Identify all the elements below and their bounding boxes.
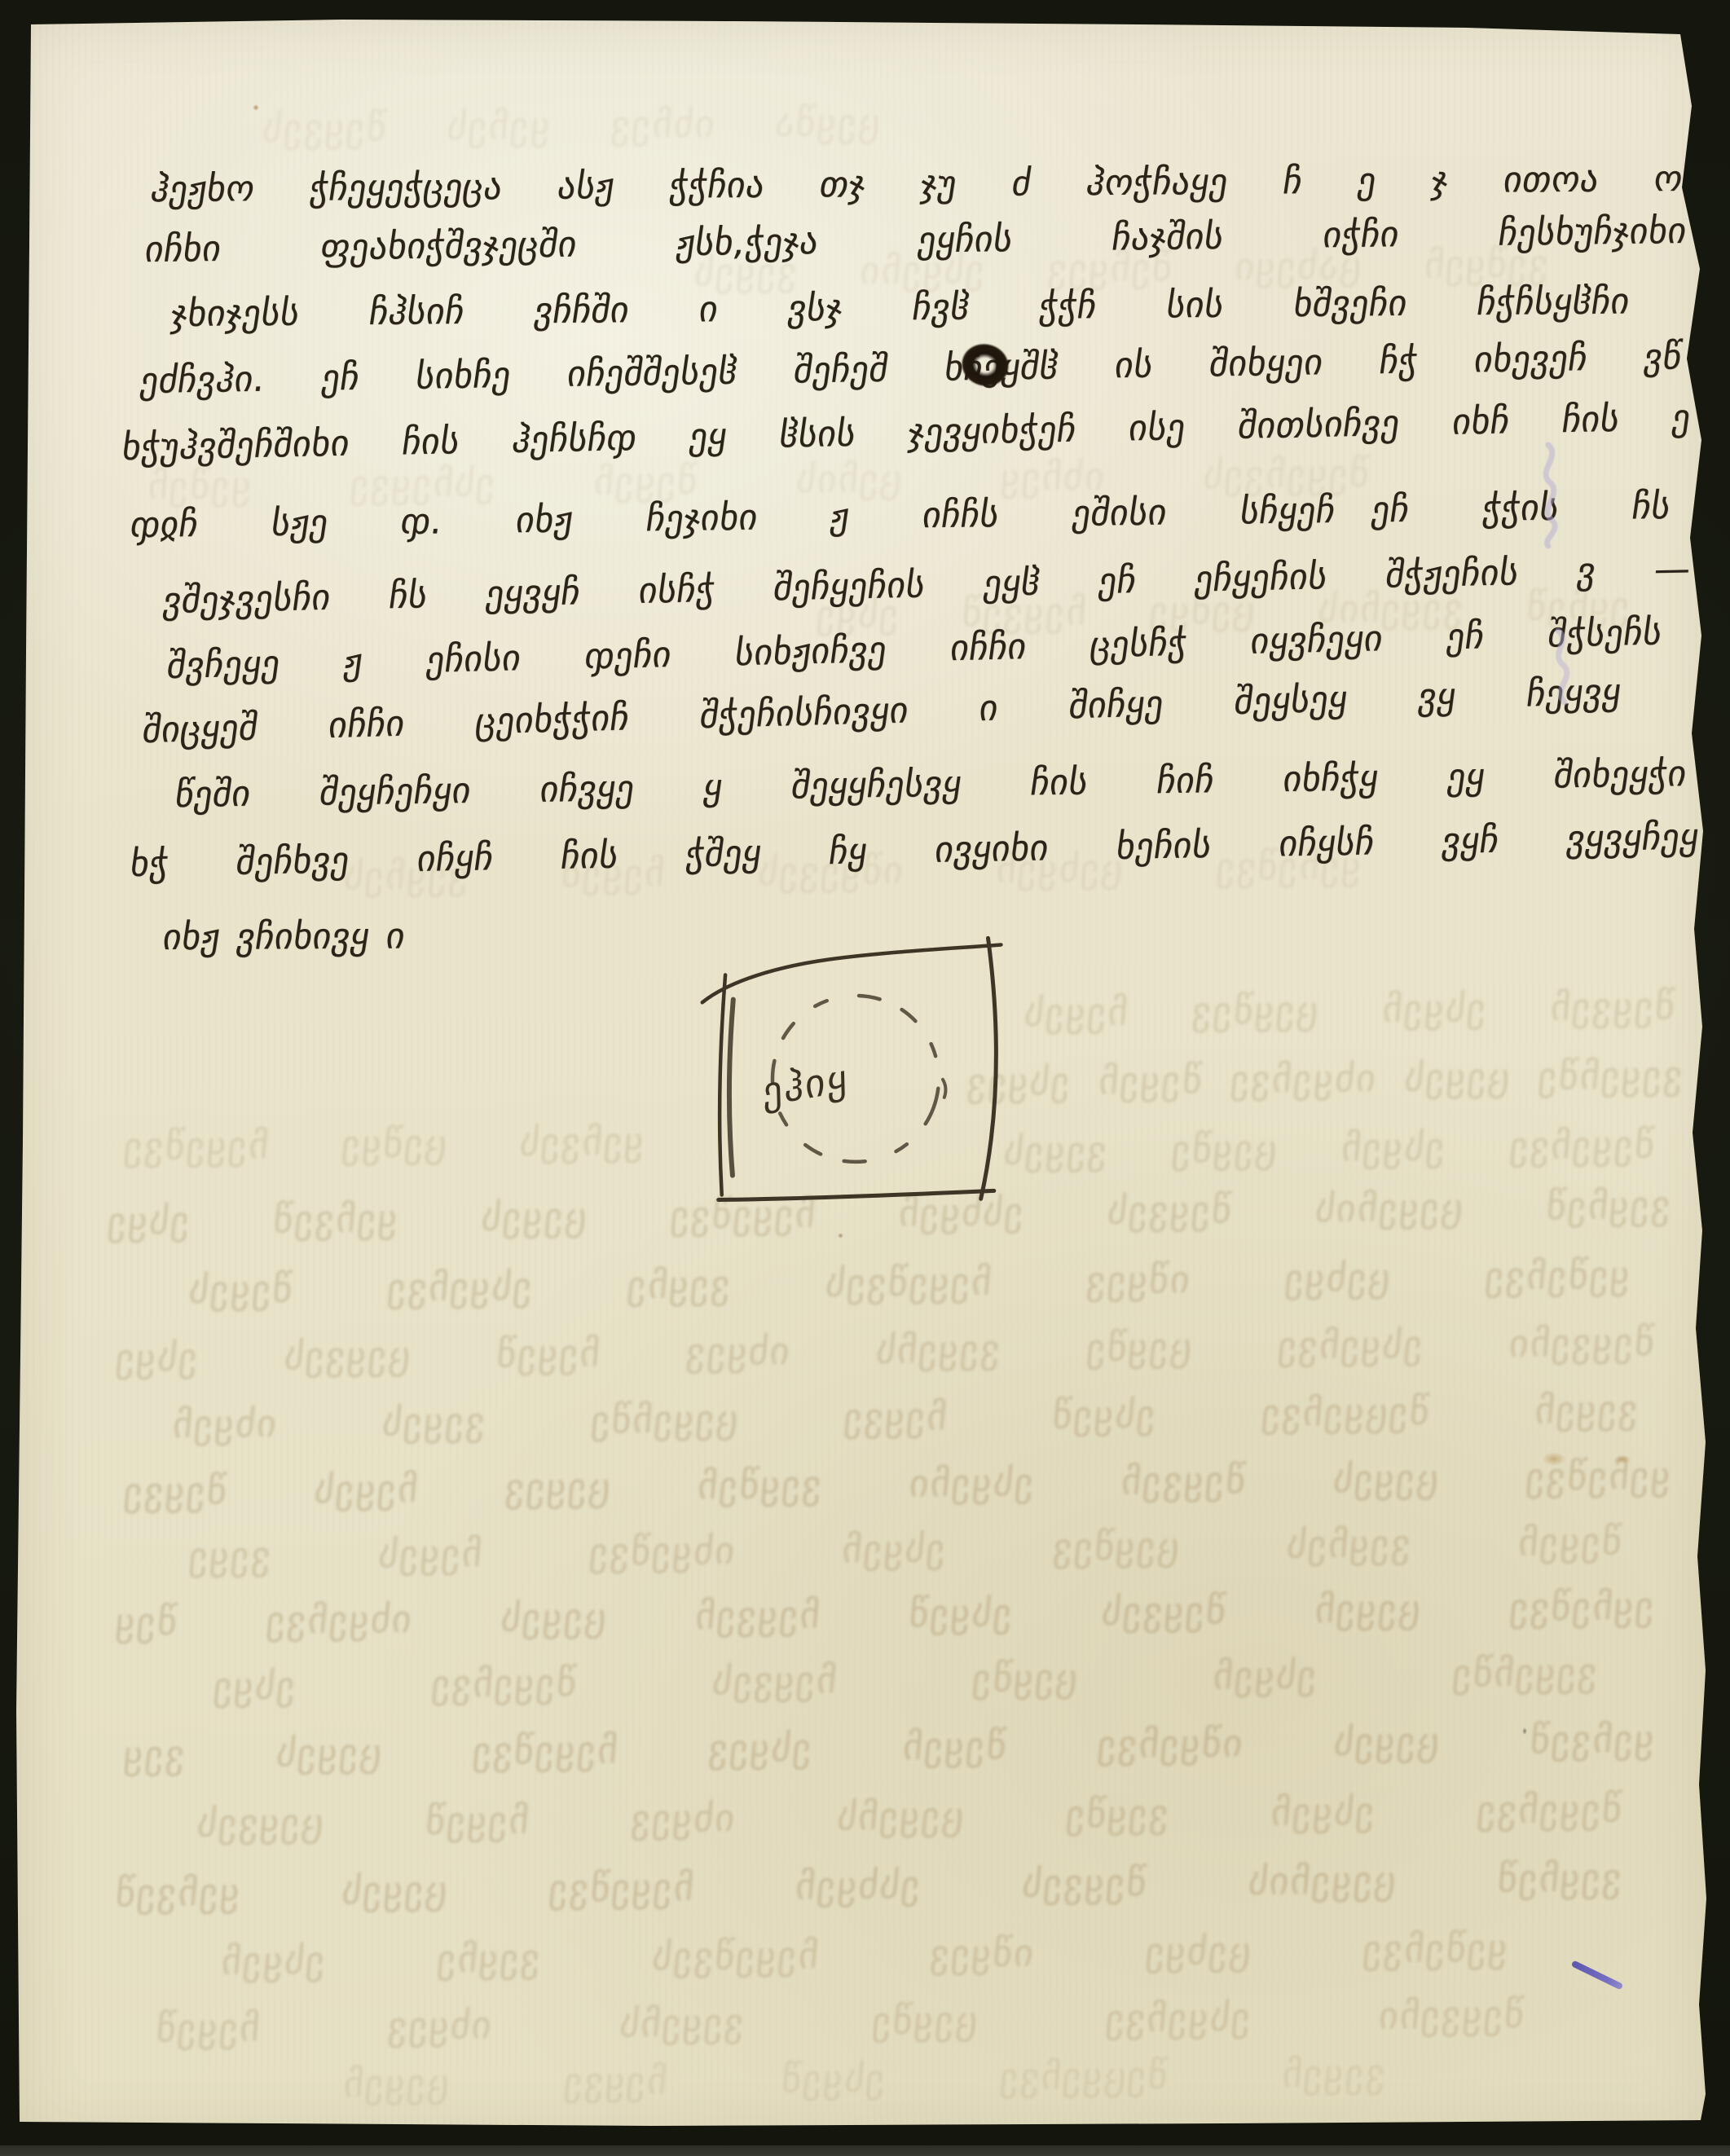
- bleedthrough-row-21: ყეშეჩვე ცეხყე იშყევ ჩეყეშვეს ვეყჩე ესყეჩ: [218, 1929, 1509, 1981]
- manuscript-page: ცეყშა იხჩევ ყეჩეს შეყვესვეშყეჩ ცახეყი შე…: [0, 0, 1730, 2156]
- handwritten-line-1: ჰეჟხო ჭჩეყეჭცეცა ასჟ ჭჭჩია თჯ ჯუ ძ ჰოჭჩა…: [148, 161, 1686, 208]
- bleedthrough-row-14: ყეჩეშვე ცეყეს შეყვეჩ ესყეჩი ვეყშეჩ ცეყევ…: [121, 1457, 1672, 1511]
- paper-stain-1: [1542, 1452, 1566, 1466]
- bleedthrough-row-18: ყეჩვეშ ცეყეს იშყეჩვე შეყეჩ ესყევ ჩეყეშვე…: [121, 1720, 1656, 1774]
- bleedthrough-row-11: ყეშეჩვე ცეხყე იშყევ ჩეყეშვეს ვეყჩე ესყეჩ…: [186, 1256, 1631, 1309]
- blue-ink-stroke: [1571, 1960, 1624, 1991]
- handwritten-line-9: შიცყეშ იჩჩი ცეიხჭჭიჩ შჭეჩისჩივყი ი შიჩყე…: [140, 674, 1623, 749]
- bleedthrough-row-6: შეყვეჩ ესყეჩ ცეყშევ ჩეყეს: [1021, 988, 1676, 1032]
- handwritten-line-10: წეში შეყჩეჩყი იჩვყე ყ შეყყჩესვყ ჩის ჩიჩ …: [173, 756, 1689, 813]
- bleedthrough-row-19: შეყეჩვე ესყეჩ ვეყშე ცეყეჩს იხყევ ჩეყეშ ც…: [194, 1790, 1623, 1842]
- seal-drawing: ეჰიყ: [687, 917, 1040, 1239]
- bleedthrough-row-8: ყეჩვეს ცეშყე ჩეყეშვე: [121, 1123, 645, 1166]
- seal-left-edge: [719, 975, 725, 1195]
- seal-comma-mark: [943, 1080, 946, 1098]
- bleedthrough-row-17: ვეყეჩშე ესყეჩ ცეყშე ჩეყვეს შეყეჩვე ესყე: [210, 1653, 1599, 1705]
- scanner-edge-strip: [0, 2145, 1730, 2156]
- scan-background: ცეყშა იხჩევ ყეჩეს შეყვესვეშყეჩ ცახეყი შე…: [0, 0, 1730, 2156]
- bleedthrough-row-20: ვეყჩეშ ცეყეჩის შეყვეს ესხყეჩ ჩეყეშვე ცეყ…: [112, 1859, 1623, 1912]
- bleedthrough-row-7: ვეყეჩშე ცეყეს იხყეჩვე შეყეჩ ესყევ: [964, 1056, 1684, 1101]
- bleedthrough-row-13: ვეყეჩ შეცყეჩვე ესყეშ ჩეყვე ცეყეჩშე ვეყეს…: [169, 1391, 1640, 1444]
- paper-stain-3: [253, 104, 259, 111]
- paper-stain-4: [838, 1233, 843, 1239]
- bleedthrough-row-16: ეყჩეშვე ცეყეჩ შეყვეს ესყეშ ჩეყვეჩ ცეყეს …: [112, 1587, 1656, 1641]
- handwritten-line-4: ეძჩვჰი. ეჩ სიხჩე იჩეშშესეჱ შეჩეშ ხჩეყშჱ …: [138, 339, 1684, 399]
- handwritten-line-3: ჯხიჯესს ჩჰსიჩ ვჩჩში ი ვსჯ ჩვჱ ჭჭჩ სის ხშ…: [169, 284, 1633, 332]
- seal-right-edge: [981, 938, 997, 1199]
- bleedthrough-row-1: ცეყშა იხჩევ ყეჩეს შეყვეს: [259, 103, 882, 147]
- paper-stain-5: [1522, 1727, 1527, 1735]
- bleedthrough-row-9: შეყეჩვე ესყეჩ ცეყშე ვეყეს: [1001, 1126, 1656, 1170]
- seal-bottom-edge: [719, 1188, 994, 1202]
- paper-stain-2: [1613, 1454, 1631, 1464]
- bleedthrough-row-22: შეყვეჩი ესყეჩვე ცეყშე ვეყეჩს იხყევ ჩეყეშ: [153, 1995, 1525, 2048]
- bleedthrough-row-23: ვეყეჩ შეცყეჩვე ესყეშ ჩეყვე ცეყეჩ: [341, 2054, 1387, 2102]
- bleedthrough-row-15: შეყეჩ ვეყჩეს ცეყშევ ესყეჩ იხყეშვე ჩეყეს …: [186, 1523, 1623, 1575]
- seal-left-edge-double: [729, 1000, 734, 1176]
- archival-pencil-mark-upper: [1530, 440, 1571, 550]
- archival-pencil-mark-lower: [1542, 626, 1584, 707]
- seal-top-edge: [702, 942, 1001, 1005]
- handwritten-line-12: იხჟ ვჩიხივყ ი: [161, 918, 508, 956]
- bleedthrough-row-12: შეყვეჩი ესყეჩვე ცეყშე ვეყეჩს იხყევ ჩეყეშ…: [112, 1323, 1656, 1377]
